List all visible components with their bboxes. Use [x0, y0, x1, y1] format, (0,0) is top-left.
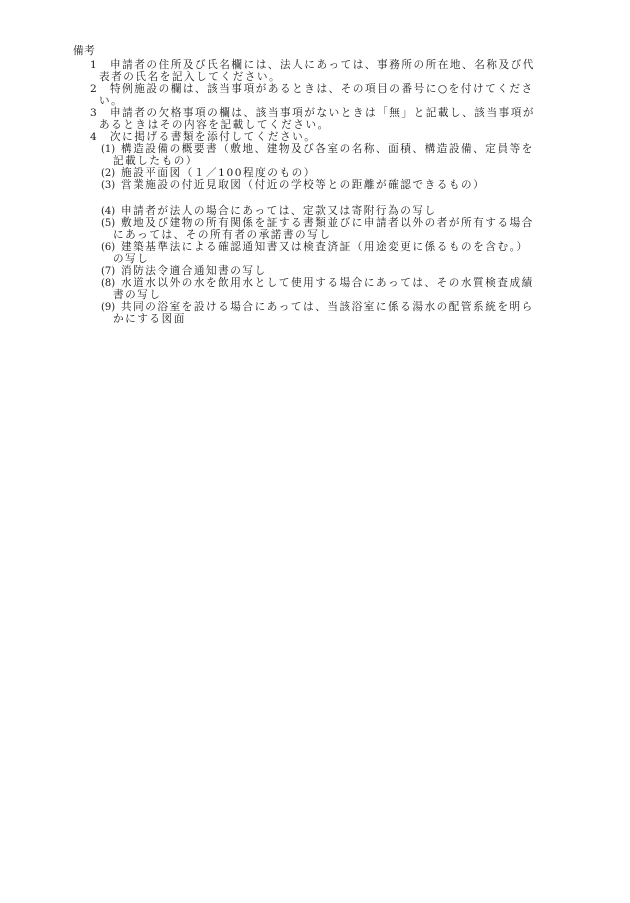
note-2-line-2: い。: [99, 95, 123, 107]
note-3-line-2: あるときはその内容を記載してください。: [99, 119, 330, 131]
attachment-text: 敷地及び建物の所有関係を証する書類並びに申請者以外の者が所有する場合: [121, 217, 534, 229]
note-text: 申請者の欠格事項の欄は、該当事項がないときは「無」と記載し、該当事項が: [110, 107, 535, 119]
attachment-1-line-2: 記載したもの）: [113, 155, 198, 167]
document-page: 備考 1申請者の住所及び氏名欄には、法人にあっては、事務所の所在地、名称及び代 …: [0, 0, 630, 903]
attachment-8-line-2: 書の写し: [113, 289, 162, 301]
attachment-text: 消防法令適合通知書の写し: [121, 265, 267, 277]
note-3-line-1: 3申請者の欠格事項の欄は、該当事項がないときは「無」と記載し、該当事項が: [90, 107, 535, 119]
attachment-text: 営業施設の付近見取図（付近の学校等との距離が確認できるもの）: [121, 179, 485, 191]
note-text: 次に掲げる書類を添付してください。: [110, 131, 316, 143]
note-number: 2: [90, 83, 110, 95]
note-text: 申請者の住所及び氏名欄には、法人にあっては、事務所の所在地、名称及び代: [110, 59, 535, 71]
attachment-text: 共同の浴室を設ける場合にあっては、当該浴室に係る湯水の配管系統を明ら: [121, 301, 534, 313]
attachment-text: 申請者が法人の場合にあっては、定款又は寄附行為の写し: [121, 205, 437, 217]
attachment-5-line-2: にあっては、その所有者の承諾書の写し: [113, 229, 331, 241]
remarks-heading: 備考: [73, 45, 95, 57]
attachment-3: (3)営業施設の付近見取図（付近の学校等との距離が確認できるもの）: [101, 179, 485, 192]
attachment-text: 建築基準法による確認通知書又は検査済証（用途変更に係るものを含む。）: [121, 241, 529, 253]
attachment-text: 構造設備の概要書（敷地、建物及び各室の名称、面積、構造設備、定員等を: [121, 143, 534, 155]
note-1-line-1: 1申請者の住所及び氏名欄には、法人にあっては、事務所の所在地、名称及び代: [90, 59, 535, 71]
note-text: 特例施設の欄は、該当事項があるときは、その項目の番号に○を付けてくださ: [110, 83, 534, 95]
attachment-8-line-1: (8)水道水以外の水を飲用水として使用する場合にあっては、その水質検査成績: [101, 277, 534, 290]
attachment-6-line-1: (6)建築基準法による確認通知書又は検査済証（用途変更に係るものを含む。）: [101, 241, 529, 254]
attachment-text: 施設平面図（１／100程度のもの）: [121, 167, 316, 179]
note-4-line-1: 4次に掲げる書類を添付してください。: [90, 131, 316, 143]
attachment-9-line-2: かにする図面: [113, 313, 186, 325]
note-2-line-1: 2特例施設の欄は、該当事項があるときは、その項目の番号に○を付けてくださ: [90, 83, 534, 95]
attachment-text: 水道水以外の水を飲用水として使用する場合にあっては、その水質検査成績: [121, 277, 534, 289]
note-number: 4: [90, 131, 110, 143]
note-number: 3: [90, 107, 110, 119]
note-number: 1: [90, 59, 110, 71]
attachment-6-line-2: の写し: [113, 253, 149, 265]
note-1-line-2: 表者の氏名を記入してください。: [99, 71, 281, 83]
attachment-number: (3): [101, 180, 121, 192]
